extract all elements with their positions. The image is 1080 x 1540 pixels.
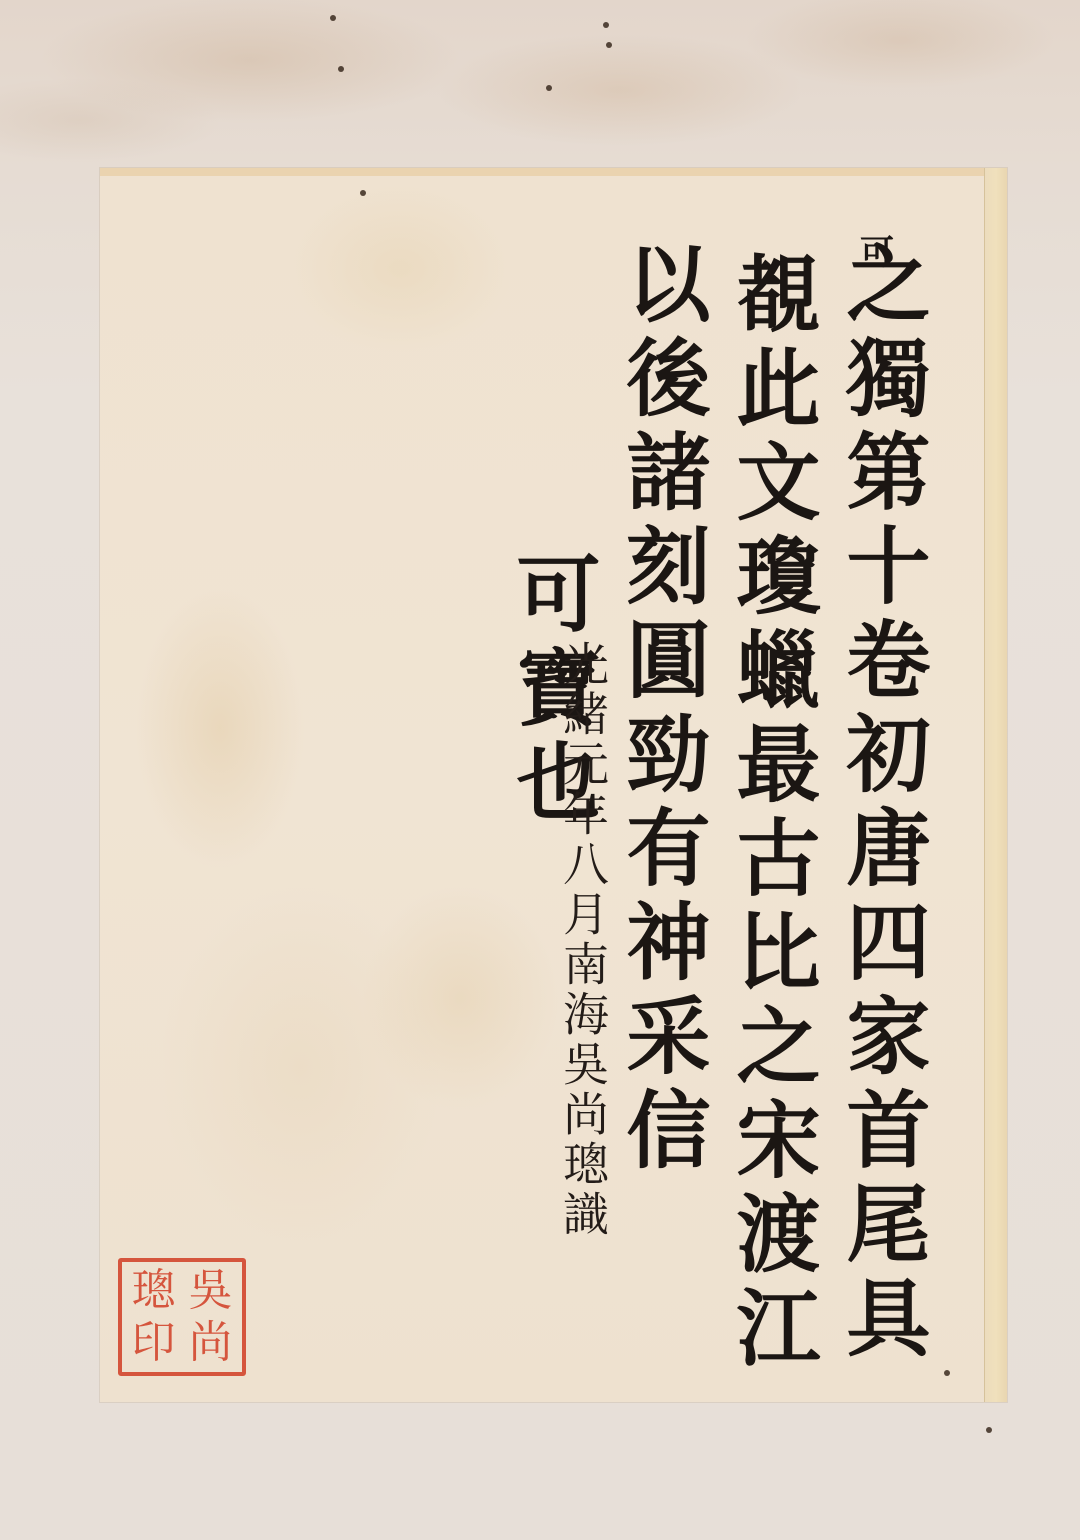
paper-top-edge-stain xyxy=(100,168,1007,176)
foxing-spot xyxy=(360,190,366,196)
text-column-3: 以後諸刻圓勁有神采信 xyxy=(620,240,704,1180)
text-column-2: 覩此文瓊蠟最古比之宋渡江 xyxy=(730,250,814,1378)
foxing-spot xyxy=(986,1427,992,1433)
signature-inscription: 光緒元年八月南海吳尚璁識 xyxy=(560,640,606,1240)
seal-character: 吳 xyxy=(182,1265,239,1317)
foxing-spot xyxy=(603,22,609,28)
foxing-spot xyxy=(944,1370,950,1376)
text-column-1: 之獨第十卷初唐四家首尾具 xyxy=(840,240,924,1368)
seal-character: 尚 xyxy=(182,1317,239,1369)
seal-character: 璁 xyxy=(125,1265,182,1317)
seal-character: 印 xyxy=(125,1317,182,1369)
foxing-spot xyxy=(546,85,552,91)
foxing-spot xyxy=(330,15,336,21)
paper-right-edge-strip xyxy=(984,168,1007,1402)
foxing-spot xyxy=(338,66,344,72)
artist-seal: 吳 尚 璁 印 xyxy=(118,1258,246,1376)
foxing-spot xyxy=(606,42,612,48)
